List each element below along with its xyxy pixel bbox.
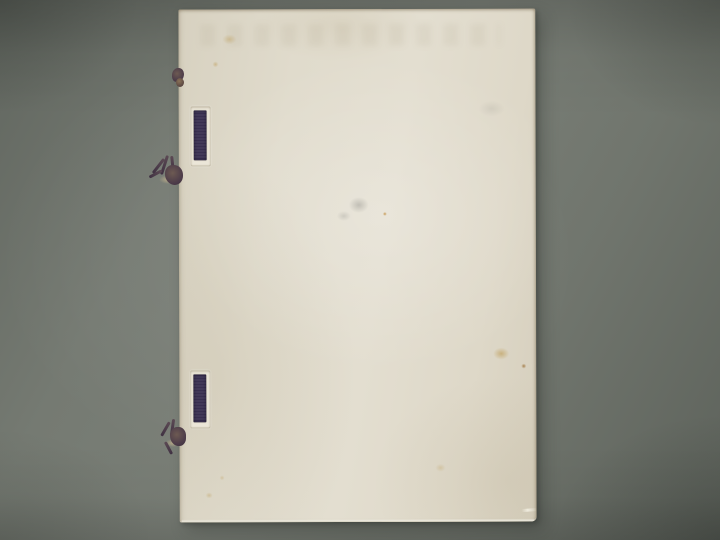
binding-slit-bottom (190, 370, 210, 428)
binding-tassel-middle (153, 155, 185, 191)
foxing-spot (212, 61, 218, 67)
foxing-spot (220, 475, 225, 480)
thread-knot (165, 165, 183, 185)
gray-smudge (349, 197, 369, 213)
binding-tape-bottom (193, 374, 206, 422)
binding-tassel-bottom (162, 421, 190, 457)
thread-knot (176, 78, 184, 87)
binding-slit-top (191, 106, 211, 166)
thread-knot (170, 427, 186, 446)
binding-tape-top (194, 110, 207, 160)
bleed-through-marks (200, 24, 500, 47)
binding-knot-top (168, 64, 186, 92)
foxing-spot (383, 212, 387, 216)
foxing-spot (493, 348, 509, 360)
surface-scratch (522, 508, 537, 512)
page-edge-highlight (182, 519, 535, 523)
foxing-spot (521, 364, 526, 369)
photo-scene (0, 0, 720, 540)
book-back-cover (178, 9, 536, 523)
gray-smudge (337, 211, 351, 221)
foxing-spot (206, 492, 213, 498)
foxing-spot (436, 464, 446, 472)
gray-smudge (479, 101, 505, 117)
